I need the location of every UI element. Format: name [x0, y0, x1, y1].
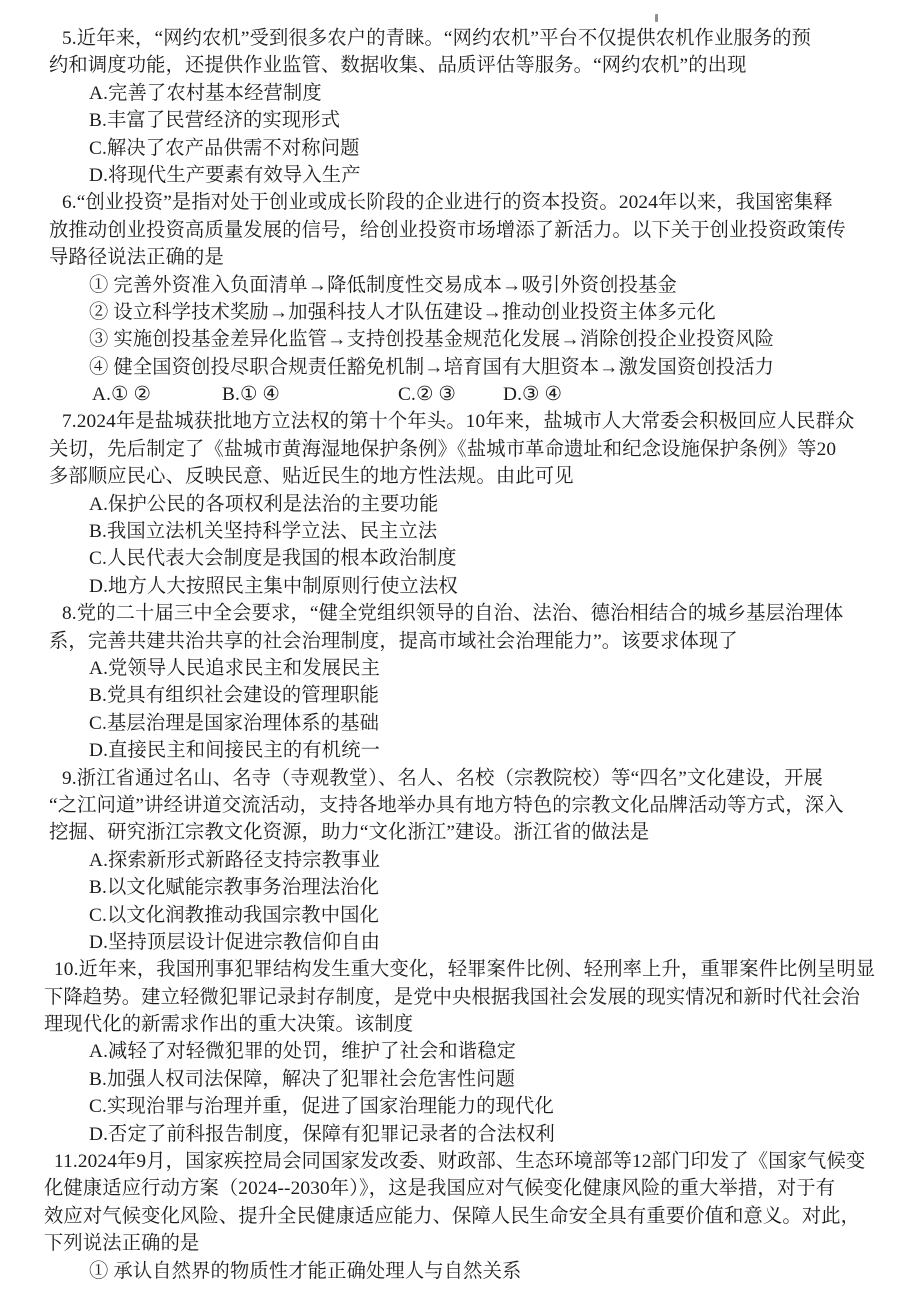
- question-5: 5.近年来，“网约农机”受到很多农户的青睐。“网约农机”平台不仅提供农机作业服务…: [0, 25, 900, 189]
- question-6-stem-line-2: 放推动创业投资高质量发展的信号，给创业投资市场增添了新活力。以下关于创业投资政策…: [49, 217, 900, 244]
- question-11-stem-line-3: 效应对气候变化风险、提升全民健康适应能力、保障人民生命安全具有重要价值和意义。对…: [44, 1203, 900, 1230]
- question-5-option-b: B.丰富了民营经济的实现形式: [89, 107, 900, 134]
- question-10-option-c: C.实现治罪与治理并重，促进了国家治理能力的现代化: [89, 1093, 900, 1120]
- scan-artifact-mark: [655, 14, 658, 22]
- question-10: 10.近年来，我国刑事犯罪结构发生重大变化，轻罪案件比例、轻刑率上升，重罪案件比…: [0, 956, 900, 1148]
- question-10-option-b: B.加强人权司法保障，解决了犯罪社会危害性问题: [89, 1066, 900, 1093]
- question-5-option-a: A.完善了农村基本经营制度: [89, 80, 900, 107]
- question-8-option-d: D.直接民主和间接民主的有机统一: [89, 737, 900, 764]
- question-6-answer-choices: A.① ② B.① ④ C.② ③ D.③ ④: [0, 381, 900, 408]
- question-6-stem-line-3: 导路径说法正确的是: [49, 244, 900, 271]
- question-11-statement-1: ① 承认自然界的物质性才能正确处理人与自然关系: [89, 1258, 900, 1285]
- question-8-option-c: C.基层治理是国家治理体系的基础: [89, 710, 900, 737]
- question-7: 7.2024年是盐城获批地方立法权的第十个年头。10年来，盐城市人大常委会积极回…: [0, 408, 900, 600]
- question-9-stem-line-3: 挖掘、研究浙江宗教文化资源，助力“文化浙江”建设。浙江省的做法是: [49, 819, 900, 846]
- question-6-statement-1: ① 完善外资准入负面清单→降低制度性交易成本→吸引外资创投基金: [89, 272, 900, 299]
- question-6-stem-line-1: 6.“创业投资”是指对处于创业或成长阶段的企业进行的资本投资。2024年以来，我…: [62, 189, 900, 216]
- question-11: 11.2024年9月，国家疾控局会同国家发改委、财政部、生态环境部等12部门印发…: [0, 1148, 900, 1285]
- question-9-stem-line-2: “之江问道”讲经讲道交流活动，支持各地举办具有地方特色的宗教文化品牌活动等方式，…: [49, 792, 900, 819]
- question-11-stem-line-1: 11.2024年9月，国家疾控局会同国家发改委、财政部、生态环境部等12部门印发…: [54, 1148, 900, 1175]
- question-9-option-a: A.探索新形式新路径支持宗教事业: [89, 847, 900, 874]
- question-8: 8.党的二十届三中全会要求，“健全党组织领导的自治、法治、德治相结合的城乡基层治…: [0, 600, 900, 764]
- question-10-option-d: D.否定了前科报告制度，保障有犯罪记录者的合法权利: [89, 1121, 900, 1148]
- question-9: 9.浙江省通过名山、名寺（寺观教堂）、名人、名校（宗教院校）等“四名”文化建设，…: [0, 765, 900, 957]
- question-8-option-a: A.党领导人民追求民主和发展民主: [89, 655, 900, 682]
- question-5-stem-line-1: 5.近年来，“网约农机”受到很多农户的青睐。“网约农机”平台不仅提供农机作业服务…: [62, 25, 900, 52]
- question-7-option-d: D.地方人大按照民主集中制原则行使立法权: [89, 573, 900, 600]
- question-7-option-c: C.人民代表大会制度是我国的根本政治制度: [89, 545, 900, 572]
- question-7-stem-line-1: 7.2024年是盐城获批地方立法权的第十个年头。10年来，盐城市人大常委会积极回…: [62, 408, 900, 435]
- question-10-stem-line-2: 下降趋势。建立轻微犯罪记录封存制度，是党中央根据我国社会发展的现实情况和新时代社…: [44, 984, 900, 1011]
- question-7-stem-line-2: 关切，先后制定了《盐城市黄海湿地保护条例》《盐城市革命遗址和纪念设施保护条例》等…: [49, 436, 900, 463]
- question-8-stem-line-2: 系，完善共建共治共享的社会治理制度，提高市域社会治理能力”。该要求体现了: [49, 628, 900, 655]
- question-6-statement-2: ② 设立科学技术奖励→加强科技人才队伍建设→推动创业投资主体多元化: [89, 299, 900, 326]
- question-6-choice-b: B.① ④: [222, 381, 280, 408]
- question-5-option-c: C.解决了农产品供需不对称问题: [89, 135, 900, 162]
- question-9-option-b: B.以文化赋能宗教事务治理法治化: [89, 874, 900, 901]
- question-6-statement-4: ④ 健全国资创投尽职合规责任豁免机制→培育国有大胆资本→激发国资创投活力: [89, 354, 900, 381]
- question-6-choice-d: D.③ ④: [503, 381, 562, 408]
- question-6: 6.“创业投资”是指对处于创业或成长阶段的企业进行的资本投资。2024年以来，我…: [0, 189, 900, 408]
- question-6-statement-3: ③ 实施创投基金差异化监管→支持创投基金规范化发展→消除创投企业投资风险: [89, 326, 900, 353]
- question-9-stem-line-1: 9.浙江省通过名山、名寺（寺观教堂）、名人、名校（宗教院校）等“四名”文化建设，…: [62, 765, 900, 792]
- question-5-stem-line-2: 约和调度功能，还提供作业监管、数据收集、品质评估等服务。“网约农机”的出现: [49, 52, 900, 79]
- question-10-stem-line-1: 10.近年来，我国刑事犯罪结构发生重大变化，轻罪案件比例、轻刑率上升，重罪案件比…: [54, 956, 900, 983]
- question-7-option-b: B.我国立法机关坚持科学立法、民主立法: [89, 518, 900, 545]
- question-11-stem-line-4: 下列说法正确的是: [44, 1230, 900, 1257]
- question-7-option-a: A.保护公民的各项权利是法治的主要功能: [89, 491, 900, 518]
- question-10-stem-line-3: 理现代化的新需求作出的重大决策。该制度: [44, 1011, 900, 1038]
- question-list: 5.近年来，“网约农机”受到很多农户的青睐。“网约农机”平台不仅提供农机作业服务…: [0, 0, 900, 1285]
- exam-page: 5.近年来，“网约农机”受到很多农户的青睐。“网约农机”平台不仅提供农机作业服务…: [0, 0, 900, 1297]
- question-8-stem-line-1: 8.党的二十届三中全会要求，“健全党组织领导的自治、法治、德治相结合的城乡基层治…: [62, 600, 900, 627]
- question-8-option-b: B.党具有组织社会建设的管理职能: [89, 682, 900, 709]
- question-10-option-a: A.减轻了对轻微犯罪的处罚，维护了社会和谐稳定: [89, 1038, 900, 1065]
- question-5-option-d: D.将现代生产要素有效导入生产: [89, 162, 900, 189]
- question-9-option-d: D.坚持顶层设计促进宗教信仰自由: [89, 929, 900, 956]
- question-6-choice-c: C.② ③: [398, 381, 456, 408]
- question-7-stem-line-3: 多部顺应民心、反映民意、贴近民生的地方性法规。由此可见: [49, 463, 900, 490]
- question-6-choice-a: A.① ②: [92, 381, 151, 408]
- question-11-stem-line-2: 化健康适应行动方案（2024--2030年）》，这是我国应对气候变化健康风险的重…: [44, 1175, 900, 1202]
- question-9-option-c: C.以文化润教推动我国宗教中国化: [89, 902, 900, 929]
